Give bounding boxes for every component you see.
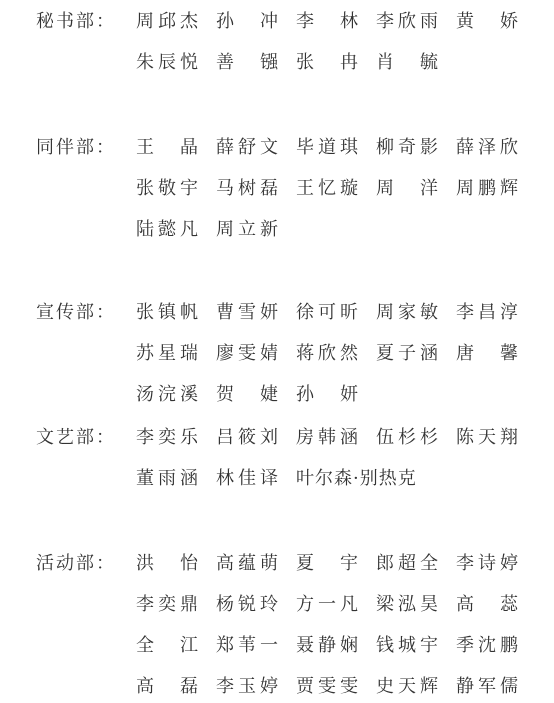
member-name: 全江	[136, 634, 198, 658]
member-name: 吕筱刘	[216, 426, 278, 450]
member-name: 张镇帆	[136, 301, 198, 325]
member-name: 朱辰悦	[136, 51, 198, 75]
member-row: 王晶薛舒文毕道琪柳奇影薛泽欣	[0, 136, 554, 160]
member-name: 黄娇	[456, 10, 518, 34]
member-name: 李玉婷	[216, 675, 278, 699]
member-name: 孙冲	[216, 10, 278, 34]
member-row: 全江郑苇一聂静娴钱城宇季沈鹏	[0, 634, 554, 658]
member-name: 李奕乐	[136, 426, 198, 450]
member-row: 朱辰悦善镪张冉肖毓	[0, 51, 554, 75]
member-row: 李奕乐吕筱刘房韩涵伍杉杉陈天翔	[0, 426, 554, 450]
member-name: 高蕴萌	[216, 552, 278, 576]
member-name: 贾雯雯	[296, 675, 358, 699]
member-name: 陆懿凡	[136, 218, 198, 242]
member-name: 薛舒文	[216, 136, 278, 160]
member-name: 唐馨	[456, 342, 518, 366]
member-name: 廖雯婧	[216, 342, 278, 366]
member-name: 张敬宇	[136, 177, 198, 201]
member-name: 蒋欣然	[296, 342, 358, 366]
member-name: 曹雪妍	[216, 301, 278, 325]
member-name: 史天辉	[376, 675, 438, 699]
member-name: 马树磊	[216, 177, 278, 201]
member-name: 王晶	[136, 136, 198, 160]
member-name: 钱城宇	[376, 634, 438, 658]
member-name: 高蕊	[456, 593, 518, 617]
member-name: 孙妍	[296, 383, 358, 407]
member-name: 周立新	[216, 218, 278, 242]
member-name: 方一凡	[296, 593, 358, 617]
member-name: 苏星瑞	[136, 342, 198, 366]
member-name: 伍杉杉	[376, 426, 438, 450]
member-row: 董雨涵林佳译叶尔森·别热克	[0, 467, 554, 491]
member-name: 李林	[296, 10, 358, 34]
member-name: 聂静娴	[296, 634, 358, 658]
member-name: 梁泓昊	[376, 593, 438, 617]
member-row: 李奕鼎杨锐玲方一凡梁泓昊高蕊	[0, 593, 554, 617]
member-name: 汤浣溪	[136, 383, 198, 407]
member-name: 房韩涵	[296, 426, 358, 450]
member-name: 叶尔森·别热克	[296, 467, 417, 491]
member-name: 李奕鼎	[136, 593, 198, 617]
member-name: 周邱杰	[136, 10, 198, 34]
member-name: 贺婕	[216, 383, 278, 407]
member-name: 薛泽欣	[456, 136, 518, 160]
member-name: 季沈鹏	[456, 634, 518, 658]
member-name: 李欣雨	[376, 10, 438, 34]
member-name: 周家敏	[376, 301, 438, 325]
member-name: 夏子涵	[376, 342, 438, 366]
member-name: 徐可昕	[296, 301, 358, 325]
member-row: 张镇帆曹雪妍徐可昕周家敏李昌淳	[0, 301, 554, 325]
member-name: 王忆璇	[296, 177, 358, 201]
member-row: 陆懿凡周立新	[0, 218, 554, 242]
member-row: 周邱杰孙冲李林李欣雨黄娇	[0, 10, 554, 34]
member-row: 苏星瑞廖雯婧蒋欣然夏子涵唐馨	[0, 342, 554, 366]
member-name: 静军儒	[456, 675, 518, 699]
member-name: 高磊	[136, 675, 198, 699]
member-name: 善镪	[216, 51, 278, 75]
member-name: 郑苇一	[216, 634, 278, 658]
member-name: 洪怡	[136, 552, 198, 576]
member-name: 周洋	[376, 177, 438, 201]
member-name: 夏宇	[296, 552, 358, 576]
member-row: 汤浣溪贺婕孙妍	[0, 383, 554, 407]
member-name: 周鹏辉	[456, 177, 518, 201]
member-name: 张冉	[296, 51, 358, 75]
member-name: 杨锐玲	[216, 593, 278, 617]
member-name: 董雨涵	[136, 467, 198, 491]
member-name: 肖毓	[376, 51, 438, 75]
member-name: 李诗婷	[456, 552, 518, 576]
member-name: 林佳译	[216, 467, 278, 491]
member-name: 陈天翔	[456, 426, 518, 450]
member-row: 高磊李玉婷贾雯雯史天辉静军儒	[0, 675, 554, 699]
member-name: 李昌淳	[456, 301, 518, 325]
member-row: 张敬宇马树磊王忆璇周洋周鹏辉	[0, 177, 554, 201]
member-name: 毕道琪	[296, 136, 358, 160]
member-name: 郎超全	[376, 552, 438, 576]
member-name: 柳奇影	[376, 136, 438, 160]
member-row: 洪怡高蕴萌夏宇郎超全李诗婷	[0, 552, 554, 576]
